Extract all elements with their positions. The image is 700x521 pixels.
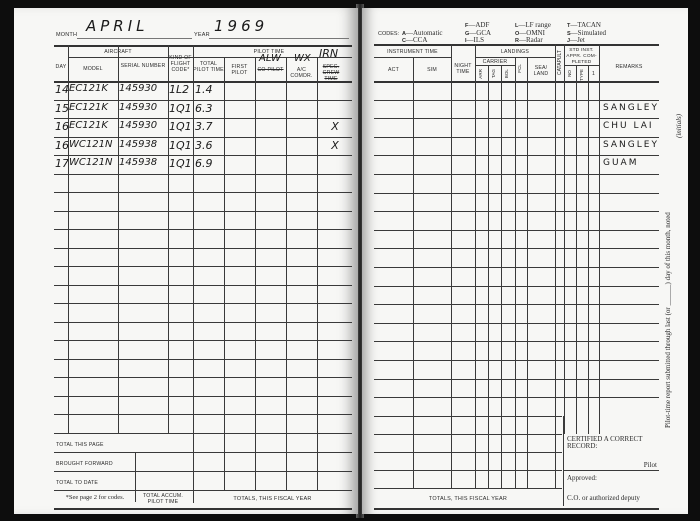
row-rule [54,322,352,323]
row-rule [54,229,352,230]
header-top-rule [374,44,659,46]
row-rule [374,193,659,194]
row-rule [374,360,659,361]
cell-day: 17 [55,157,68,170]
total-accum-pilot-time-label: TOTAL ACCUM. PILOT TIME [135,493,191,505]
row-rule [54,266,352,267]
cell-day: 16 [55,139,68,152]
row-rule [374,304,659,305]
column-rule [599,44,600,434]
instrument-log-grid: INSTRUMENT TIME ACT SIM NIGHT TIME LANDI… [362,8,688,514]
cell-model: EC121K [69,102,118,113]
header-night-time: NIGHT TIME [451,63,475,75]
carrier-sub-rule [475,65,515,66]
column-rule [576,65,577,434]
cell-model: EC121K [69,120,118,131]
row-rule [54,414,352,415]
cell-total: 6.9 [195,157,223,170]
column-rule [193,45,194,503]
cell-code: 1Q1 [169,139,193,152]
cell-serial: 145930 [119,102,168,113]
row-rule [374,397,659,398]
cell-total: 3.6 [195,139,223,152]
row-rule [374,248,659,249]
header-tag: TAG [491,69,496,78]
column-rule [224,57,225,490]
cell-code: 1Q1 [169,120,193,133]
header-instrument-time: INSTRUMENT TIME [374,49,451,55]
left-page: MONTH APRIL YEAR 1969 DAY AIRCRAFT MODEL… [14,8,358,514]
header-bol: BOL [504,69,509,78]
header-landings: LANDINGS [475,49,555,55]
header-spec-crew-handwritten: IRN [319,47,338,60]
column-rule [413,57,414,488]
row-rule [374,323,659,324]
header-sim: SIM [413,67,451,73]
cell-model: WC121N [69,157,118,168]
row-rule [374,211,659,212]
row-rule [374,434,562,435]
cell-serial: 145938 [119,157,168,168]
row-rule [374,230,659,231]
column-rule [555,44,556,488]
row-rule [54,192,352,193]
cell-col5: X [318,139,352,152]
column-rule [317,57,318,490]
remark-text: CHU LAI [603,121,654,131]
remarks-cell[interactable]: SANGLEY [599,103,659,122]
pilot-time-report-note: Pilot-time report submitted through last… [664,212,672,428]
header-top-rule [54,45,352,47]
cell-code: 1Q1 [169,157,193,170]
table-row[interactable]: 17WC121N1459381Q16.9 [14,157,358,176]
column-rule [451,44,452,488]
header-catapult: CATAPULT [557,50,563,75]
header-first-pilot: FIRST PILOT [224,64,255,76]
header-act: ACT [374,67,413,73]
cell-code: 1L2 [169,83,193,96]
totals-fiscal-year-label: TOTALS, THIS FISCAL YEAR [374,496,562,502]
cell-day: 14 [55,83,68,96]
row-rule [54,211,352,212]
row-rule [374,379,659,380]
cell-total: 3.7 [195,120,223,133]
cell-day: 15 [55,102,68,115]
cell-day: 16 [55,120,68,133]
column-rule [255,57,256,490]
footer-rule [374,452,562,453]
initials-note: (initials) [675,114,683,138]
cell-total: 6.3 [195,102,223,115]
column-rule [527,57,528,488]
total-this-page-label: TOTAL THIS PAGE [56,442,104,448]
column-rule [564,44,565,434]
header-acft-comdr-handwritten: WX [294,53,311,64]
cell-serial: 145930 [119,120,168,131]
row-rule [54,359,352,360]
footer-rule [374,488,562,489]
row-rule [54,396,352,397]
remarks-cell[interactable]: SANGLEY [599,140,659,159]
header-spec-crew-time: SPEC. CREW TIME [317,64,345,82]
totals-fiscal-year-label: TOTALS, THIS FISCAL YEAR [193,496,352,502]
flight-log-grid: DAY AIRCRAFT MODEL SERIAL NUMBER KIND OF… [14,8,358,514]
footer-bottom-rule [374,508,659,510]
cell-code: 1Q1 [169,102,193,115]
certified-label: CERTIFIED A CORRECT RECORD: [567,436,657,450]
header-arr: ARR [478,69,483,79]
pilot-signature-line[interactable] [563,470,659,471]
certification-rule [563,416,564,506]
footer-bottom-rule [54,508,352,510]
header-co-pilot: CO-PILOT [255,67,286,73]
column-rule [168,45,169,433]
cell-serial: 145938 [119,139,168,150]
footer-rule [54,471,352,472]
cell-serial: 145930 [119,83,168,94]
row-rule [54,285,352,286]
row-rule [54,340,352,341]
column-rule [501,65,502,488]
remark-text: SANGLEY [603,103,659,113]
column-rule [118,45,119,433]
cell-col5: X [318,120,352,133]
table-row[interactable]: 14EC121K1459301L21.4 [14,83,358,102]
table-row[interactable]: 15EC121K1459301Q16.3 [14,102,358,121]
header-serial-number: SERIAL NUMBER [118,63,168,69]
header-remarks: REMARKS [599,64,659,70]
footer-rule [374,470,562,471]
brought-forward-label: BROUGHT FORWARD [56,461,113,467]
header-bottom-rule [374,81,659,83]
column-rule [68,45,69,433]
header-co-pilot-handwritten: ALW [259,53,281,64]
row-rule [374,100,659,101]
footer-rule [54,452,352,453]
column-rule [588,65,589,434]
column-rule [286,57,287,490]
total-to-date-label: TOTAL TO DATE [56,480,98,486]
header-no: NO [567,70,572,77]
right-page: CODES: A—AutomaticC—CCAF—ADFG—GCAI—ILSL—… [362,8,688,514]
header-acft-comdr: A/C COMDR. [286,67,317,79]
header-one: 1 [588,71,599,77]
header-total-pilot-time: TOTAL PILOT TIME [193,61,224,73]
remarks-cell[interactable]: GUAM [599,158,659,177]
row-rule [374,341,659,342]
row-rule [374,416,562,417]
cell-total: 1.4 [195,83,223,96]
row-rule [54,248,352,249]
table-row[interactable]: 16WC121N1459381Q13.6X [14,139,358,158]
approved-label: Approved: [567,475,627,481]
cell-model: WC121N [69,139,118,150]
see-codes-note: *See page 2 for codes. [56,495,134,501]
row-rule [54,377,352,378]
remark-text: GUAM [603,158,638,168]
cell-model: EC121K [69,83,118,94]
header-fcl: FCL [517,64,522,73]
header-kind-of-flight-code: KIND OF FLIGHT CODE* [168,55,193,73]
row-rule [374,286,659,287]
row-rule [54,303,352,304]
column-rule [475,44,476,488]
header-sea-land: SEA/ LAND [527,65,555,77]
pilot-signature-label: Pilot [617,462,657,468]
table-row[interactable]: 16EC121K1459301Q13.7X [14,120,358,139]
header-day: DAY [54,64,68,70]
header-carrier: CARRIER [475,59,515,65]
header-std-inst-appr: STD INST. APPR. COM- PLETED [564,48,599,66]
column-rule [515,57,516,488]
row-rule [54,433,352,434]
remark-text: SANGLEY [603,140,659,150]
footer-rule [54,490,352,491]
remarks-cell[interactable]: CHU LAI [599,121,659,140]
column-rule [488,65,489,488]
header-model: MODEL [68,66,118,72]
co-deputy-label: C.O. or authorized deputy [567,495,659,501]
header-type: TYPE [579,69,584,81]
row-rule [374,267,659,268]
